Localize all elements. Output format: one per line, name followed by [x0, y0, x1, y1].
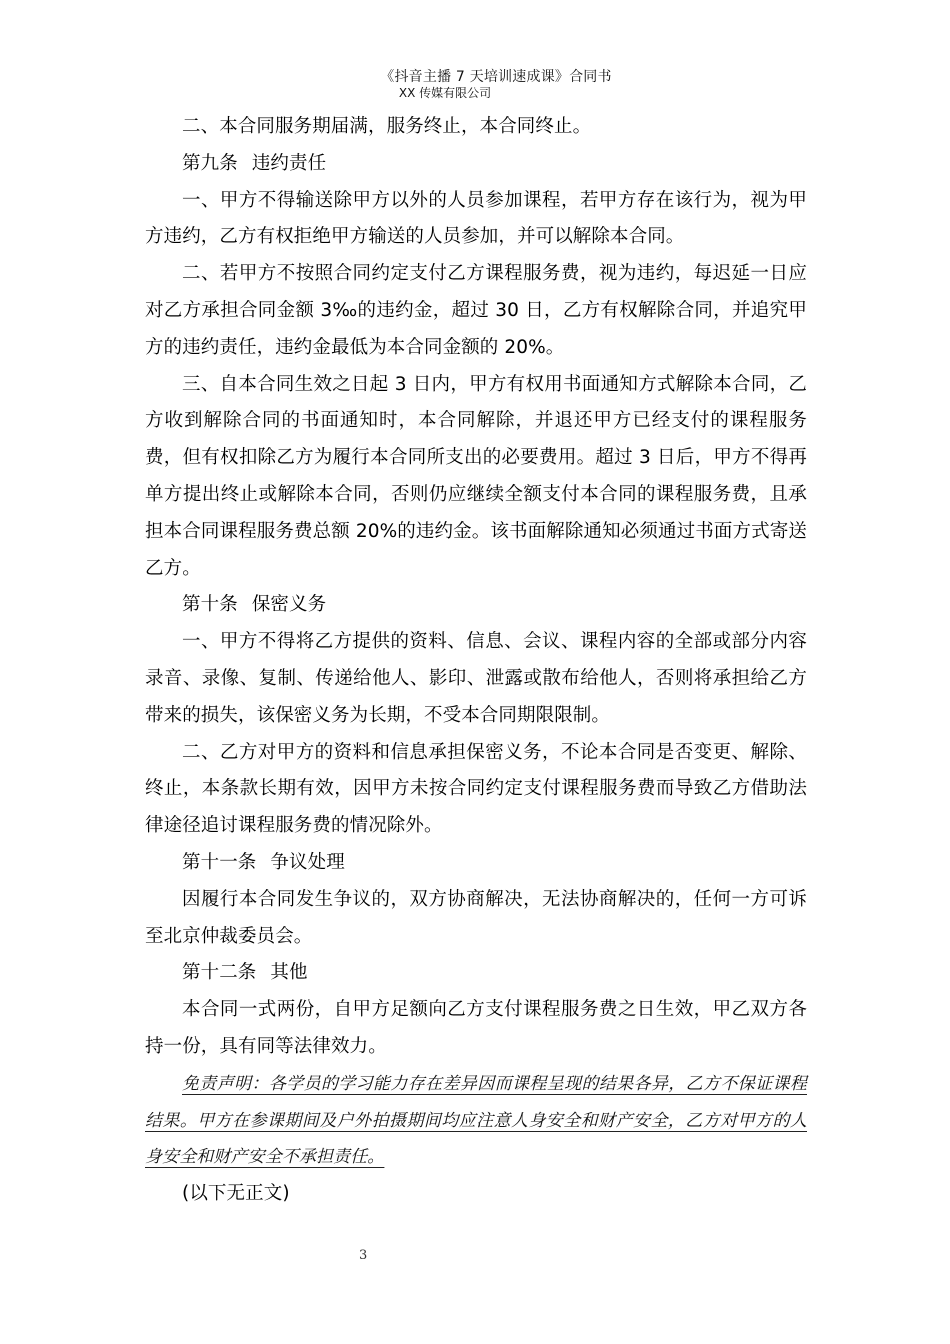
- page-number: 3: [359, 1248, 367, 1263]
- article-number: 第十条: [182, 594, 238, 615]
- article-title: 违约责任: [252, 153, 326, 174]
- document-page: 《抖音主播 7 天培训速成课》合同书 XX 传媒有限公司 二、本合同服务期届满，…: [0, 0, 950, 1344]
- clause-paragraph: 二、乙方对甲方的资料和信息承担保密义务，不论本合同是否变更、解除、终止，本条款长…: [145, 735, 807, 845]
- clause-paragraph: 三、自本合同生效之日起 3 日内，甲方有权用书面通知方式解除本合同，乙方收到解除…: [145, 367, 807, 588]
- article-9-heading: 第九条违约责任: [145, 146, 807, 183]
- end-note: (以下无正文): [145, 1176, 807, 1213]
- article-11-heading: 第十一条争议处理: [145, 845, 807, 882]
- clause-paragraph: 因履行本合同发生争议的，双方协商解决，无法协商解决的，任何一方可诉至北京仲裁委员…: [145, 882, 807, 956]
- article-title: 保密义务: [252, 594, 326, 615]
- clause-paragraph: 二、若甲方不按照合同约定支付乙方课程服务费，视为违约，每迟延一日应对乙方承担合同…: [145, 256, 807, 366]
- disclaimer-text: 免责声明：各学员的学习能力存在差异因而课程呈现的结果各异，乙方不保证课程结果。甲…: [145, 1074, 807, 1168]
- article-10-heading: 第十条保密义务: [145, 587, 807, 624]
- page-header: 《抖音主播 7 天培训速成课》合同书 XX 传媒有限公司: [0, 68, 950, 100]
- contract-title: 《抖音主播 7 天培训速成课》合同书: [42, 68, 950, 86]
- article-title: 其他: [270, 962, 307, 983]
- article-title: 争议处理: [270, 852, 344, 873]
- clause-paragraph: 一、甲方不得将乙方提供的资料、信息、会议、课程内容的全部或部分内容录音、录像、复…: [145, 624, 807, 734]
- article-number: 第十二条: [182, 962, 256, 983]
- article-number: 第九条: [182, 153, 238, 174]
- clause-paragraph: 本合同一式两份，自甲方足额向乙方支付课程服务费之日生效，甲乙双方各持一份，具有同…: [145, 992, 807, 1066]
- contract-body: 二、本合同服务期届满，服务终止，本合同终止。 第九条违约责任 一、甲方不得输送除…: [145, 109, 807, 1213]
- disclaimer-paragraph: 免责声明：各学员的学习能力存在差异因而课程呈现的结果各异，乙方不保证课程结果。甲…: [145, 1066, 807, 1176]
- company-name: XX 传媒有限公司: [0, 86, 950, 100]
- clause-paragraph: 一、甲方不得输送除甲方以外的人员参加课程，若甲方存在该行为，视为甲方违约，乙方有…: [145, 183, 807, 257]
- clause-paragraph: 二、本合同服务期届满，服务终止，本合同终止。: [145, 109, 807, 146]
- article-12-heading: 第十二条其他: [145, 955, 807, 992]
- article-number: 第十一条: [182, 852, 256, 873]
